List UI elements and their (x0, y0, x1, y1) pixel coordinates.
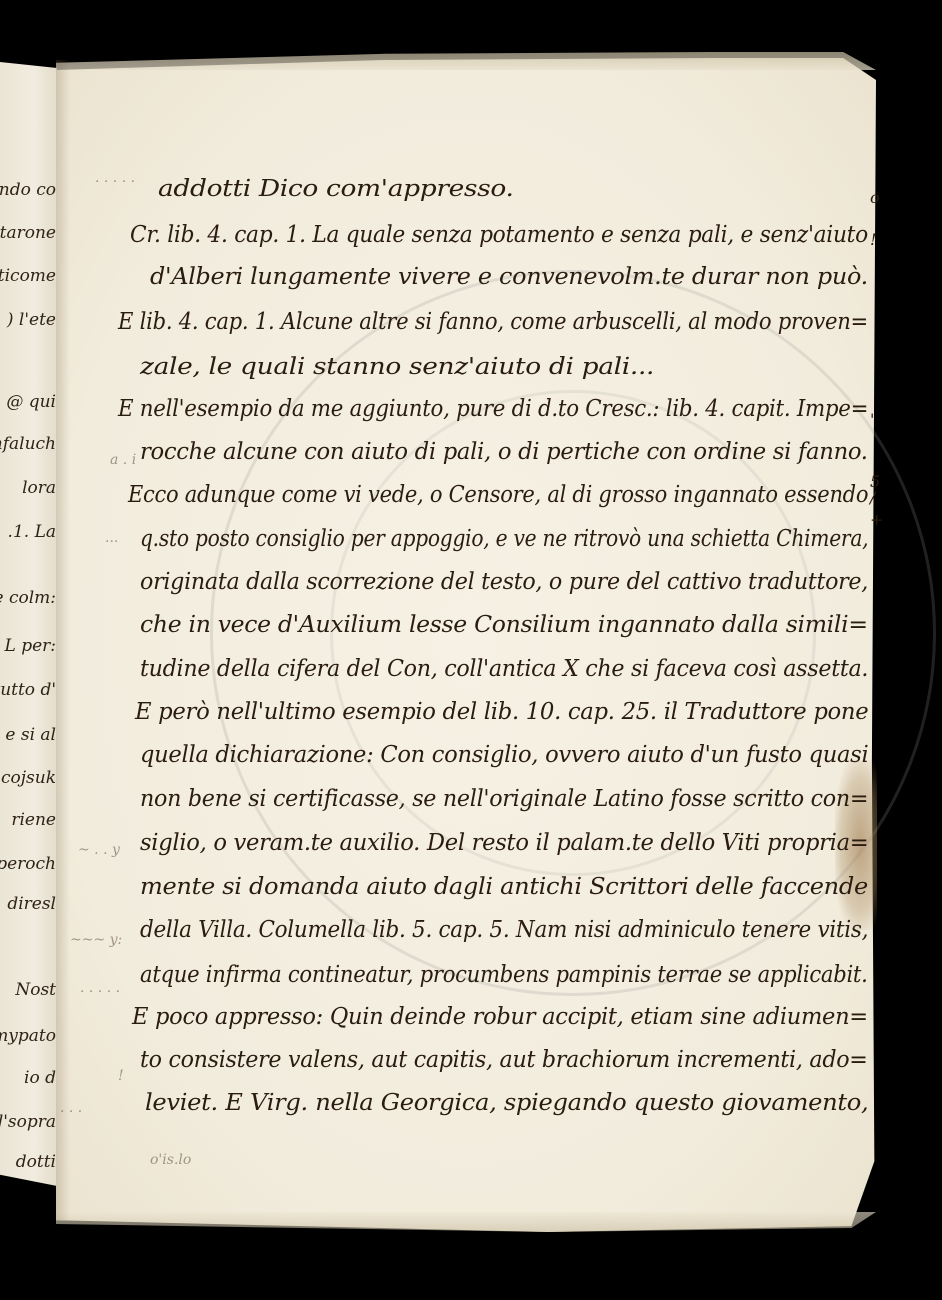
left-page-fragment: Infaluch (0, 434, 56, 454)
bleedthrough-mark: ~~~ y: (70, 932, 122, 948)
left-page-fragment: dependo co (0, 180, 56, 200)
bleedthrough-mark: ! (118, 1068, 124, 1084)
manuscript-line: mente si domanda aiuto dagli antichi Scr… (140, 874, 868, 900)
margin-mark: ! (870, 230, 876, 249)
manuscript-line: quella dichiarazione: Con consiglio, ovv… (140, 742, 868, 768)
manuscript-line: E però nell'ultimo esempio del lib. 10. … (135, 699, 868, 725)
margin-mark: + (870, 510, 883, 529)
bleedthrough-mark: o'is.lo (150, 1152, 191, 1168)
manuscript-line: E poco appresso: Quin deinde robur accip… (132, 1004, 868, 1030)
manuscript-line: Cr. lib. 4. cap. 1. La quale senza potam… (130, 222, 868, 248)
manuscript-line: leviet. E Virg. nella Georgica, spiegand… (145, 1090, 868, 1116)
manuscript-line: to consistere valens, aut capitis, aut b… (140, 1047, 868, 1073)
left-page-fragment: Nost (0, 980, 56, 1000)
page-bottom-edge (56, 1212, 876, 1232)
manuscript-line: q.sto posto consiglio per appoggio, e ve… (140, 526, 868, 552)
left-page-fragment: io d (0, 1068, 56, 1088)
left-page-fragment: lora (0, 478, 56, 498)
left-page-fragment: riene (0, 810, 56, 830)
left-page-fragment: mypato (0, 1026, 56, 1046)
manuscript-line: della Villa. Columella lib. 5. cap. 5. N… (140, 917, 868, 943)
manuscript-line: che in vece d'Auxilium lesse Consilium i… (140, 612, 868, 638)
bleedthrough-mark: ... (105, 530, 118, 546)
margin-mark: o (870, 188, 880, 207)
left-page-fragment: dotti (0, 1152, 56, 1172)
bleedthrough-mark: . . . (60, 1100, 82, 1116)
left-page-fragment: ) l'ete (0, 310, 56, 330)
manuscript-line: zale, le quali stanno senz'aiuto di pali… (140, 354, 654, 380)
manuscript-line: addotti Dico com'appresso. (158, 176, 514, 202)
bleedthrough-mark: . . . . . (95, 170, 135, 186)
manuscript-line: non bene si certificasse, se nell'origin… (140, 786, 868, 812)
manuscript-line: d'Alberi lungamente vivere e convenevolm… (150, 264, 868, 290)
manuscript-line: rocche alcune con aiuto di pali, o di pe… (140, 439, 868, 465)
manuscript-line: tudine della cifera del Con, coll'antica… (140, 656, 868, 682)
bleedthrough-mark: . . . . . (80, 980, 120, 996)
left-page-fragment: e colm: (0, 588, 56, 608)
left-page-fragment: tutto d' (0, 680, 56, 700)
manuscript-line: E nell'esempio da me aggiunto, pure di d… (118, 396, 868, 422)
left-page-fragment: diresl (0, 894, 56, 914)
bleedthrough-mark: a . i (110, 452, 136, 468)
left-page-fragment: a @ qui (0, 392, 56, 412)
left-page-fragment: d'sopra (0, 1112, 56, 1132)
left-page-fragment: e si al (0, 725, 56, 745)
manuscript-line: siglio, o veram.te auxilio. Del resto il… (140, 830, 868, 856)
margin-mark: / (870, 488, 875, 507)
manuscript-line: originata dalla scorrezione del testo, o… (140, 569, 868, 595)
margin-mark: ' (870, 410, 874, 429)
manuscript-line: Ecco adunque come vi vede, o Censore, al… (128, 482, 868, 508)
left-page-fragment: e cojsuk (0, 768, 56, 788)
bleedthrough-mark: ~ . . y (78, 842, 120, 858)
manuscript-line: atque infirma contineatur, procumbens pa… (140, 962, 868, 988)
left-page-fragment: tarone (0, 223, 56, 243)
page-top-edge (56, 52, 876, 70)
gutter-shadow (56, 60, 70, 1220)
left-page-fragment: .1. La (0, 522, 56, 542)
left-page-fragment: ) ticome (0, 266, 56, 286)
manuscript-line: E lib. 4. cap. 1. Alcune altre si fanno,… (118, 309, 868, 335)
left-page-fragment: gperoch (0, 854, 56, 874)
left-page-fragment: L per: (0, 636, 56, 656)
